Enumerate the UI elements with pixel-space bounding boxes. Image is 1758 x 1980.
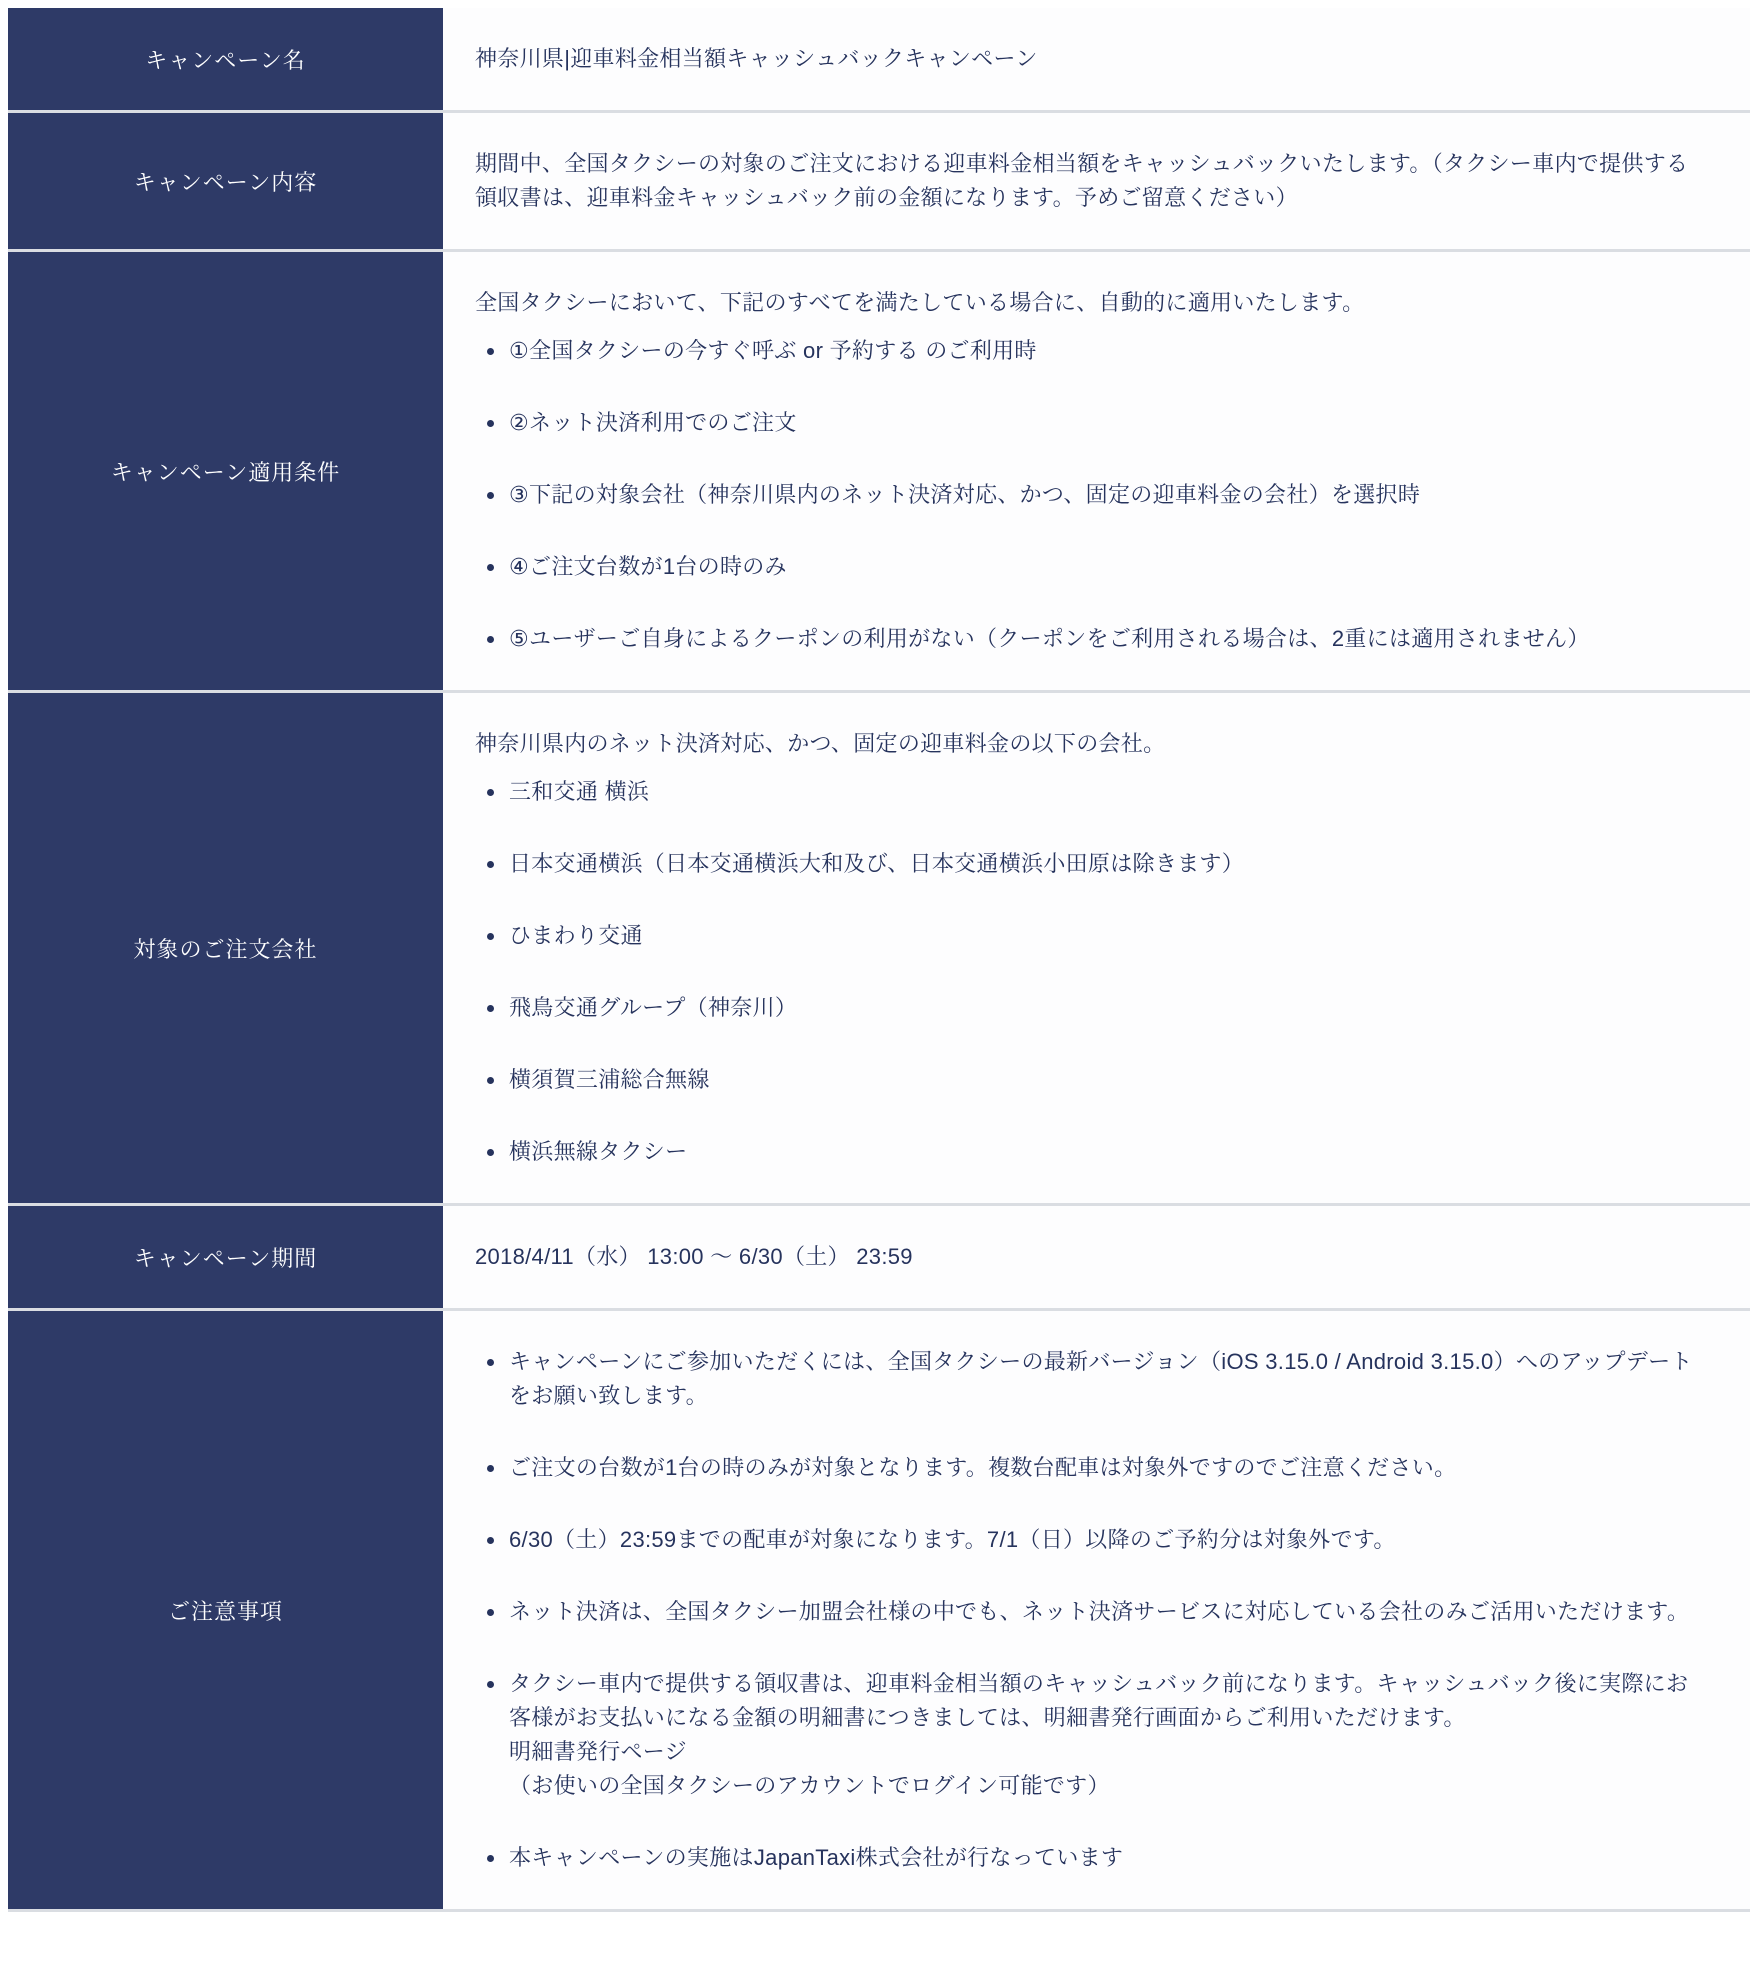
bullet-item: 横須賀三浦総合無線 (475, 1063, 1710, 1097)
table-row-campaign-period: キャンペーン期間2018/4/11（水） 13:00 〜 6/30（土） 23:… (8, 1205, 1750, 1310)
bullet-item: タクシー車内で提供する領収書は、迎車料金相当額のキャッシュバック前になります。キ… (475, 1667, 1710, 1803)
bullet-item: 飛鳥交通グループ（神奈川） (475, 991, 1710, 1025)
table-row-campaign-name: キャンペーン名神奈川県|迎車料金相当額キャッシュバックキャンペーン (8, 8, 1750, 112)
bullet-line: タクシー車内で提供する領収書は、迎車料金相当額のキャッシュバック前になります。キ… (509, 1667, 1710, 1735)
bullet-item: ネット決済は、全国タクシー加盟会社様の中でも、ネット決済サービスに対応している会… (475, 1595, 1710, 1629)
bullet-item: ご注文の台数が1台の時のみが対象となります。複数台配車は対象外ですのでご注意くだ… (475, 1451, 1710, 1485)
bullet-item: ⑤ユーザーご自身によるクーポンの利用がない（クーポンをご利用される場合は、2重に… (475, 622, 1710, 656)
row-intro: 神奈川県内のネット決済対応、かつ、固定の迎車料金の以下の会社。 (475, 727, 1710, 761)
row-content-eligible-companies: 神奈川県内のネット決済対応、かつ、固定の迎車料金の以下の会社。三和交通 横浜日本… (443, 692, 1750, 1205)
bullet-item: ④ご注文台数が1台の時のみ (475, 550, 1710, 584)
bullet-subline: （お使いの全国タクシーのアカウントでログイン可能です） (509, 1769, 1710, 1803)
table-row-notes: ご注意事項キャンペーンにご参加いただくには、全国タクシーの最新バージョン（iOS… (8, 1310, 1750, 1911)
row-intro: 全国タクシーにおいて、下記のすべてを満たしている場合に、自動的に適用いたします。 (475, 286, 1710, 320)
row-header-campaign-conditions: キャンペーン適用条件 (8, 251, 443, 692)
bullet-item: 6/30（土）23:59までの配車が対象になります。7/1（日）以降のご予約分は… (475, 1523, 1710, 1557)
table-row-eligible-companies: 対象のご注文会社神奈川県内のネット決済対応、かつ、固定の迎車料金の以下の会社。三… (8, 692, 1750, 1205)
row-content-campaign-period: 2018/4/11（水） 13:00 〜 6/30（土） 23:59 (443, 1205, 1750, 1310)
bullet-subline: 明細書発行ページ (509, 1735, 1710, 1769)
bullet-list: ①全国タクシーの今すぐ呼ぶ or 予約する のご利用時②ネット決済利用でのご注文… (475, 334, 1710, 656)
row-header-notes: ご注意事項 (8, 1310, 443, 1911)
row-paragraph: 2018/4/11（水） 13:00 〜 6/30（土） 23:59 (475, 1240, 1710, 1274)
bullet-item: 本キャンペーンの実施はJapanTaxi株式会社が行なっています (475, 1841, 1710, 1875)
bullet-item: 三和交通 横浜 (475, 775, 1710, 809)
bullet-item: 横浜無線タクシー (475, 1135, 1710, 1169)
table-row-campaign-description: キャンペーン内容期間中、全国タクシーの対象のご注文における迎車料金相当額をキャッ… (8, 112, 1750, 251)
bullet-list: キャンペーンにご参加いただくには、全国タクシーの最新バージョン（iOS 3.15… (475, 1345, 1710, 1875)
row-header-campaign-description: キャンペーン内容 (8, 112, 443, 251)
row-header-eligible-companies: 対象のご注文会社 (8, 692, 443, 1205)
bullet-item: ③下記の対象会社（神奈川県内のネット決済対応、かつ、固定の迎車料金の会社）を選択… (475, 478, 1710, 512)
bullet-item: 日本交通横浜（日本交通横浜大和及び、日本交通横浜小田原は除きます） (475, 847, 1710, 881)
bullet-item: ひまわり交通 (475, 919, 1710, 953)
row-content-notes: キャンペーンにご参加いただくには、全国タクシーの最新バージョン（iOS 3.15… (443, 1310, 1750, 1911)
row-header-campaign-period: キャンペーン期間 (8, 1205, 443, 1310)
row-paragraph: 期間中、全国タクシーの対象のご注文における迎車料金相当額をキャッシュバックいたし… (475, 147, 1710, 215)
table-row-campaign-conditions: キャンペーン適用条件全国タクシーにおいて、下記のすべてを満たしている場合に、自動… (8, 251, 1750, 692)
row-header-campaign-name: キャンペーン名 (8, 8, 443, 112)
bullet-item: キャンペーンにご参加いただくには、全国タクシーの最新バージョン（iOS 3.15… (475, 1345, 1710, 1413)
row-paragraph: 神奈川県|迎車料金相当額キャッシュバックキャンペーン (475, 42, 1710, 76)
campaign-info-table: キャンペーン名神奈川県|迎車料金相当額キャッシュバックキャンペーンキャンペーン内… (8, 8, 1750, 1912)
bullet-item: ①全国タクシーの今すぐ呼ぶ or 予約する のご利用時 (475, 334, 1710, 368)
bullet-item: ②ネット決済利用でのご注文 (475, 406, 1710, 440)
row-content-campaign-description: 期間中、全国タクシーの対象のご注文における迎車料金相当額をキャッシュバックいたし… (443, 112, 1750, 251)
row-content-campaign-name: 神奈川県|迎車料金相当額キャッシュバックキャンペーン (443, 8, 1750, 112)
bullet-list: 三和交通 横浜日本交通横浜（日本交通横浜大和及び、日本交通横浜小田原は除きます）… (475, 775, 1710, 1169)
row-content-campaign-conditions: 全国タクシーにおいて、下記のすべてを満たしている場合に、自動的に適用いたします。… (443, 251, 1750, 692)
campaign-table-body: キャンペーン名神奈川県|迎車料金相当額キャッシュバックキャンペーンキャンペーン内… (8, 8, 1750, 1911)
